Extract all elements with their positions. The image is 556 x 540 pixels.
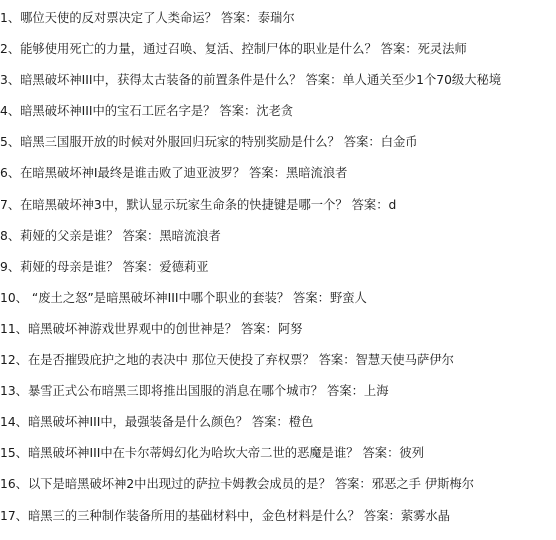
item-number: 12、 [0, 353, 28, 367]
item-answer: 黑暗流浪者 [286, 166, 348, 180]
item-answer: 白金币 [381, 135, 418, 149]
item-answer: 黑暗流浪者 [159, 229, 221, 243]
item-number: 14、 [0, 415, 28, 429]
item-answer: 上海 [364, 384, 389, 398]
qa-item: 16、以下是暗黑破坏神2中出现过的萨拉卡姆教会成员的是？ 答案：邪恶之手 伊斯梅… [0, 475, 501, 506]
qa-item: 10、 “废土之怒”是暗黑破坏神III中哪个职业的套装？ 答案：野蛮人 [0, 289, 501, 320]
answer-label: 答案： [122, 229, 159, 243]
qa-item: 6、在暗黑破坏神I最终是谁击败了迪亚波罗？ 答案：黑暗流浪者 [0, 164, 501, 195]
item-number: 7、 [0, 198, 20, 212]
answer-label: 答案： [352, 198, 389, 212]
item-number: 8、 [0, 229, 20, 243]
item-answer: d [389, 198, 397, 212]
answer-label: 答案： [293, 291, 330, 305]
item-answer: 彼列 [399, 446, 424, 460]
qa-list: 1、哪位天使的反对票决定了人类命运？ 答案：泰瑞尔 2、能够使用死亡的力量，通过… [0, 9, 501, 538]
item-number: 2、 [0, 42, 20, 56]
item-number: 5、 [0, 135, 20, 149]
item-answer: 野蛮人 [330, 291, 367, 305]
qa-item: 5、暗黑三国服开放的时候对外服回归玩家的特别奖励是什么？ 答案：白金币 [0, 133, 501, 164]
item-question: 在暗黑破坏神3中，默认显示玩家生命条的快捷键是哪一个？ [20, 198, 348, 212]
qa-item: 17、暗黑三的三种制作装备所用的基础材料中，金色材料是什么？ 答案：萦雾水晶 [0, 507, 501, 538]
item-number: 9、 [0, 260, 20, 274]
item-question: 暗黑破坏神III中，获得太古装备的前置条件是什么？ [20, 73, 301, 87]
item-answer: 橙色 [289, 415, 314, 429]
qa-item: 2、能够使用死亡的力量，通过召唤、复活、控制尸体的职业是什么？ 答案：死灵法师 [0, 40, 501, 71]
item-answer: 智慧天使马萨伊尔 [356, 353, 454, 367]
qa-item: 7、在暗黑破坏神3中，默认显示玩家生命条的快捷键是哪一个？ 答案：d [0, 196, 501, 227]
answer-label: 答案： [249, 166, 286, 180]
item-answer: 沈老贪 [256, 104, 293, 118]
answer-label: 答案： [335, 477, 372, 491]
answer-label: 答案： [344, 135, 381, 149]
item-question: 暗黑三的三种制作装备所用的基础材料中，金色材料是什么？ [28, 509, 360, 523]
item-answer: 爱德莉亚 [159, 260, 208, 274]
answer-label: 答案： [362, 446, 399, 460]
answer-label: 答案： [381, 42, 418, 56]
item-number: 1、 [0, 11, 20, 25]
answer-label: 答案： [122, 260, 159, 274]
item-question: 在是否摧毁庇护之地的表决中 那位天使投了弃权票？ [28, 353, 315, 367]
item-number: 10、 [0, 291, 28, 305]
item-question: 暴雪正式公布暗黑三即将推出国服的消息在哪个城市？ [28, 384, 323, 398]
answer-label: 答案： [305, 73, 342, 87]
qa-item: 1、哪位天使的反对票决定了人类命运？ 答案：泰瑞尔 [0, 9, 501, 40]
item-question: 莉娅的父亲是谁？ [20, 229, 118, 243]
item-number: 6、 [0, 166, 20, 180]
item-answer: 死灵法师 [418, 42, 467, 56]
answer-label: 答案： [252, 415, 289, 429]
item-question: 莉娅的母亲是谁？ [20, 260, 118, 274]
item-question: “废土之怒”是暗黑破坏神III中哪个职业的套装？ [28, 291, 289, 305]
qa-item: 14、暗黑破坏神III中，最强装备是什么颜色？ 答案：橙色 [0, 413, 501, 444]
answer-label: 答案： [219, 104, 256, 118]
item-question: 能够使用死亡的力量，通过召唤、复活、控制尸体的职业是什么？ [20, 42, 377, 56]
qa-item: 9、莉娅的母亲是谁？ 答案：爱德莉亚 [0, 258, 501, 289]
qa-item: 12、在是否摧毁庇护之地的表决中 那位天使投了弃权票？ 答案：智慧天使马萨伊尔 [0, 351, 501, 382]
qa-item: 4、暗黑破坏神III中的宝石工匠名字是？ 答案：沈老贪 [0, 102, 501, 133]
qa-item: 13、暴雪正式公布暗黑三即将推出国服的消息在哪个城市？ 答案：上海 [0, 382, 501, 413]
item-number: 13、 [0, 384, 28, 398]
answer-label: 答案： [241, 322, 278, 336]
item-question: 暗黑破坏神III中，最强装备是什么颜色？ [28, 415, 248, 429]
answer-label: 答案： [319, 353, 356, 367]
answer-label: 答案： [327, 384, 364, 398]
answer-label: 答案： [221, 11, 258, 25]
item-question: 在暗黑破坏神I最终是谁击败了迪亚波罗？ [20, 166, 245, 180]
qa-item: 3、暗黑破坏神III中，获得太古装备的前置条件是什么？ 答案：单人通关至少1个7… [0, 71, 501, 102]
item-number: 16、 [0, 477, 28, 491]
qa-item: 11、暗黑破坏神游戏世界观中的创世神是？ 答案：阿努 [0, 320, 501, 351]
item-answer: 阿努 [278, 322, 303, 336]
qa-item: 8、莉娅的父亲是谁？ 答案：黑暗流浪者 [0, 227, 501, 258]
qa-item: 15、暗黑破坏神III中在卡尔蒂姆幻化为哈坎大帝二世的恶魔是谁？ 答案：彼列 [0, 444, 501, 475]
item-question: 暗黑破坏神游戏世界观中的创世神是？ [28, 322, 237, 336]
item-answer: 单人通关至少1个70级大秘境 [342, 73, 501, 87]
item-answer: 邪恶之手 伊斯梅尔 [372, 477, 474, 491]
item-number: 15、 [0, 446, 28, 460]
item-answer: 泰瑞尔 [258, 11, 295, 25]
item-question: 哪位天使的反对票决定了人类命运？ [20, 11, 217, 25]
item-number: 11、 [0, 322, 28, 336]
item-question: 以下是暗黑破坏神2中出现过的萨拉卡姆教会成员的是？ [28, 477, 331, 491]
item-number: 3、 [0, 73, 20, 87]
item-number: 17、 [0, 509, 28, 523]
answer-label: 答案： [364, 509, 401, 523]
item-question: 暗黑破坏神III中的宝石工匠名字是？ [20, 104, 215, 118]
item-number: 4、 [0, 104, 20, 118]
item-question: 暗黑破坏神III中在卡尔蒂姆幻化为哈坎大帝二世的恶魔是谁？ [28, 446, 359, 460]
item-answer: 萦雾水晶 [401, 509, 450, 523]
item-question: 暗黑三国服开放的时候对外服回归玩家的特别奖励是什么？ [20, 135, 340, 149]
